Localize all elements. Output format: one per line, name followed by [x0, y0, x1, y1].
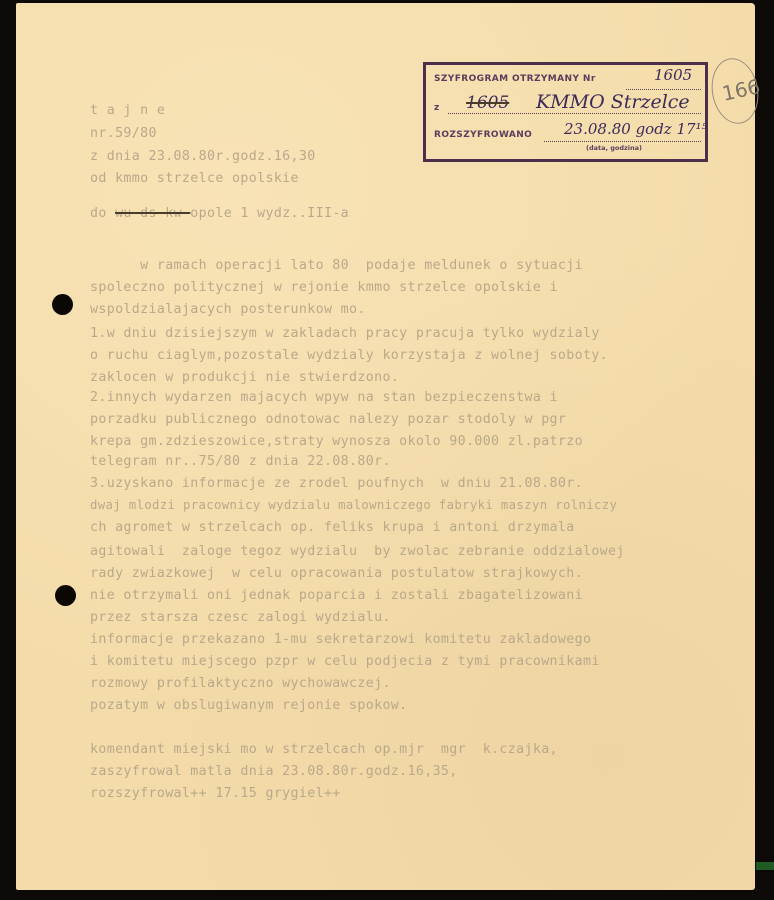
body-line: porzadku publicznego odnotowac nalezy po…	[90, 413, 566, 426]
footer-line: zaszyfrowal matla dnia 23.08.80r.godz.16…	[90, 765, 458, 778]
body-line: rozmowy profilaktyczno wychowawczej.	[90, 677, 391, 690]
footer-line: rozszyfrowal++ 17.15 grygiel++	[90, 787, 341, 800]
body-line: telegram nr..75/80 z dnia 22.08.80r.	[90, 455, 391, 468]
body-line: 3.uzyskano informacje ze zrodel poufnych…	[90, 477, 583, 490]
stamp-received-number: 1605	[654, 66, 692, 84]
body-line: 2.innych wydarzen majacych wpyw na stan …	[90, 391, 558, 404]
body-line: spoleczno politycznej w rejonie kmmo str…	[90, 281, 558, 294]
sender-line: od kmmo strzelce opolskie	[90, 172, 299, 185]
body-line: pozatym w obslugiwanym rejonie spokow.	[90, 699, 408, 712]
body-line: nie otrzymali oni jednak poparcia i zost…	[90, 589, 583, 602]
addressee-rest: opole 1 wydz..III-a	[190, 206, 349, 221]
stamp-from-value: KMMO Strzelce	[536, 91, 690, 113]
body-line: rady zwiazkowej w celu opracowania postu…	[90, 567, 583, 580]
body-line: i komitetu miejscego pzpr w celu podjeci…	[90, 655, 600, 668]
body-line: 1.w dniu dzisiejszym w zakladach pracy p…	[90, 327, 600, 340]
stamp-from-label: z	[434, 103, 440, 113]
stamp-decoded-value: 23.08.80 godz 17¹⁵	[564, 120, 708, 138]
message-number: nr.59/80	[90, 127, 157, 140]
stamp-from-struck: 1605	[466, 93, 509, 113]
body-line: zaklocen w produkcji nie stwierdzono.	[90, 371, 399, 384]
body-line: przez starsza czesc zalogi wydzialu.	[90, 611, 391, 624]
stamp-rule	[448, 113, 701, 114]
received-stamp: SZYFROGRAM OTRZYMANY Nr 1605 z 1605 KMMO…	[423, 62, 708, 162]
stamp-rule	[544, 141, 701, 142]
body-line: o ruchu ciaglym,pozostale wydzialy korzy…	[90, 349, 608, 362]
body-line: wspoldzialajacych posterunkow mo.	[90, 303, 366, 316]
addressee-struck: wu ds kw	[115, 206, 190, 221]
body-line: krepa gm.zdzieszowice,straty wynosza oko…	[90, 435, 583, 448]
punch-hole-bottom	[55, 585, 76, 606]
stamp-received-label: SZYFROGRAM OTRZYMANY Nr	[434, 74, 596, 84]
stamp-caption: (data, godzina)	[586, 144, 642, 152]
punch-hole-top	[52, 294, 73, 315]
body-line: agitowali zaloge tegoz wydzialu by zwola…	[90, 545, 625, 558]
body-line: informacje przekazano 1-mu sekretarzowi …	[90, 633, 591, 646]
scan-edge-marker	[756, 862, 774, 870]
body-line: dwaj mlodzi pracownicy wydzialu malownic…	[90, 499, 617, 511]
body-line: ch agromet w strzelcach op. feliks krupa…	[90, 521, 575, 534]
footer-line: komendant miejski mo w strzelcach op.mjr…	[90, 743, 558, 756]
addressee-line: do wu ds kw opole 1 wydz..III-a	[90, 207, 349, 220]
date-line: z dnia 23.08.80r.godz.16,30	[90, 150, 316, 163]
body-line: w ramach operacji lato 80 podaje meldune…	[90, 259, 583, 272]
stamp-rule	[626, 89, 701, 90]
classification: t a j n e	[90, 104, 165, 117]
stamp-decoded-label: ROZSZYFROWANO	[434, 130, 532, 140]
addressee-prefix: do	[90, 206, 115, 221]
